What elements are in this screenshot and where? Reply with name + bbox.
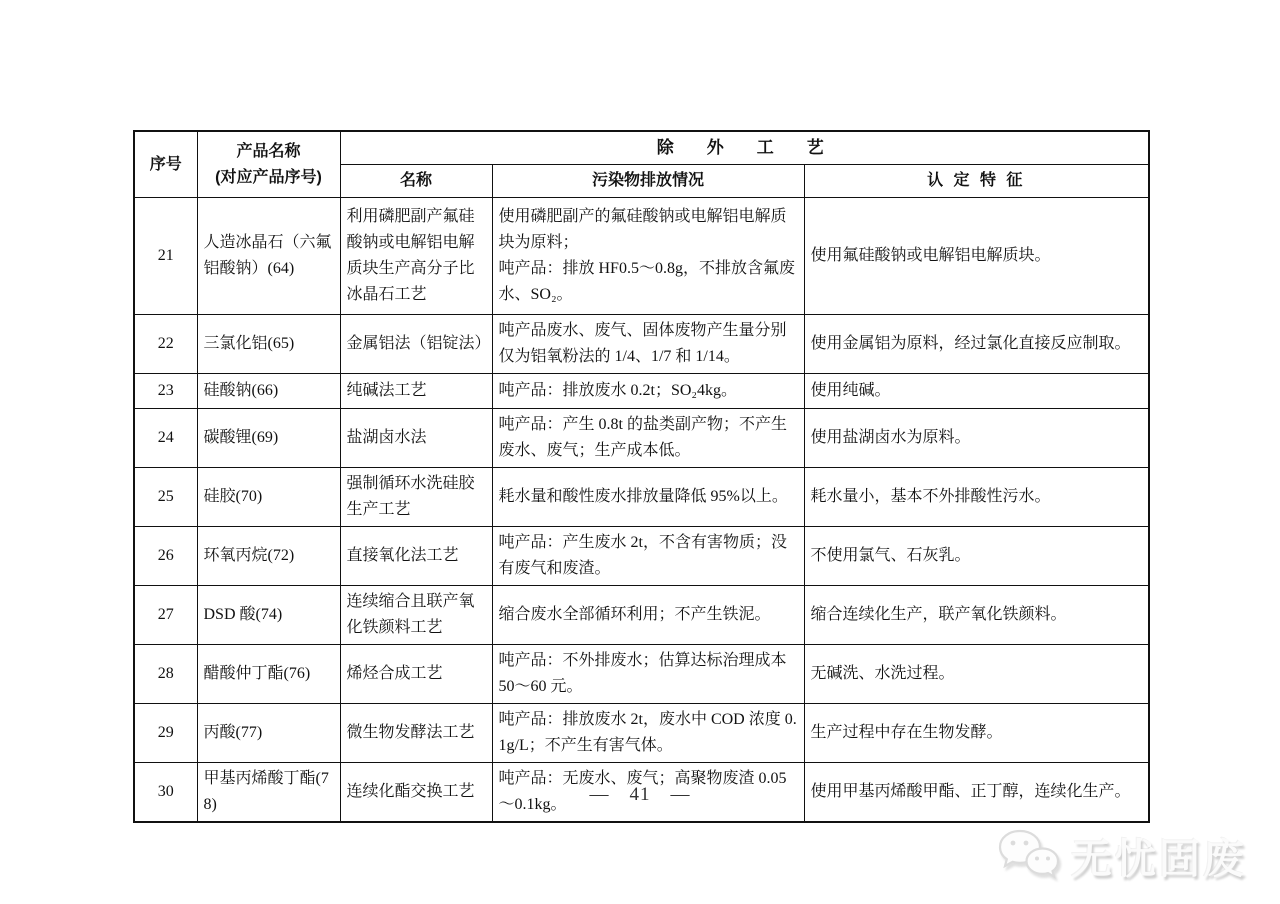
header-pollutant-emission: 污染物排放情况 xyxy=(492,165,804,198)
cell-identification-feature: 使用金属铝为原料，经过氯化直接反应制取。 xyxy=(804,315,1149,374)
cell-seq: 22 xyxy=(134,315,197,374)
cell-identification-feature: 耗水量小，基本不外排酸性污水。 xyxy=(804,468,1149,527)
page-number: — 41 — xyxy=(0,779,1280,806)
watermark-text: 无忧固废 xyxy=(1071,826,1247,885)
cell-identification-feature: 使用纯碱。 xyxy=(804,374,1149,409)
header-product-name: 产品名称 (对应产品序号) xyxy=(197,131,340,198)
cell-identification-feature: 不使用氯气、石灰乳。 xyxy=(804,527,1149,586)
cell-process-name: 连续缩合且联产氧化铁颜料工艺 xyxy=(340,586,492,645)
header-identification-feature: 认 定 特 征 xyxy=(804,165,1149,198)
table-row: 24 碳酸锂(69) 盐湖卤水法 吨产品：产生 0.8t 的盐类副产物；不产生废… xyxy=(134,409,1149,468)
table-row: 22 三氯化铝(65) 金属铝法（铝锭法） 吨产品废水、废气、固体废物产生量分别… xyxy=(134,315,1149,374)
cell-identification-feature: 无碱洗、水洗过程。 xyxy=(804,645,1149,704)
cell-seq: 26 xyxy=(134,527,197,586)
cell-process-name: 利用磷肥副产氟硅酸钠或电解铝电解质块生产高分子比冰晶石工艺 xyxy=(340,198,492,315)
table-body: 21 人造冰晶石（六氟铝酸钠）(64) 利用磷肥副产氟硅酸钠或电解铝电解质块生产… xyxy=(134,198,1149,823)
cell-pollutant-emission: 耗水量和酸性废水排放量降低 95%以上。 xyxy=(492,468,804,527)
cell-seq: 27 xyxy=(134,586,197,645)
cell-process-name: 微生物发酵法工艺 xyxy=(340,704,492,763)
table-row: 26 环氧丙烷(72) 直接氧化法工艺 吨产品：产生废水 2t，不含有害物质；没… xyxy=(134,527,1149,586)
cell-product-name: 人造冰晶石（六氟铝酸钠）(64) xyxy=(197,198,340,315)
table-row: 28 醋酸仲丁酯(76) 烯烃合成工艺 吨产品：不外排废水；估算达标治理成本 5… xyxy=(134,645,1149,704)
cell-seq: 23 xyxy=(134,374,197,409)
cell-seq: 28 xyxy=(134,645,197,704)
header-process-name: 名称 xyxy=(340,165,492,198)
table-header: 序号 产品名称 (对应产品序号) 除 外 工 艺 名称 污染物排放情况 认 定 … xyxy=(134,131,1149,198)
table-row: 21 人造冰晶石（六氟铝酸钠）(64) 利用磷肥副产氟硅酸钠或电解铝电解质块生产… xyxy=(134,198,1149,315)
exempted-process-table: 序号 产品名称 (对应产品序号) 除 外 工 艺 名称 污染物排放情况 认 定 … xyxy=(133,130,1150,823)
cell-seq: 24 xyxy=(134,409,197,468)
cell-pollutant-emission: 吨产品：产生废水 2t，不含有害物质；没有废气和废渣。 xyxy=(492,527,804,586)
cell-pollutant-emission: 吨产品废水、废气、固体废物产生量分别仅为铝氧粉法的 1/4、1/7 和 1/14… xyxy=(492,315,804,374)
cell-pollutant-emission: 吨产品：排放废水 2t，废水中 COD 浓度 0.1g/L；不产生有害气体。 xyxy=(492,704,804,763)
cell-seq: 25 xyxy=(134,468,197,527)
cell-pollutant-emission: 吨产品：排放废水 0.2t；SO₂4kg。 xyxy=(492,374,804,409)
watermark: 无忧固废 xyxy=(997,826,1247,885)
cell-pollutant-emission: 吨产品：产生 0.8t 的盐类副产物；不产生废水、废气；生产成本低。 xyxy=(492,409,804,468)
cell-pollutant-emission: 使用磷肥副产的氟硅酸钠或电解铝电解质块为原料； 吨产品：排放 HF0.5～0.8… xyxy=(492,198,804,315)
cell-identification-feature: 使用氟硅酸钠或电解铝电解质块。 xyxy=(804,198,1149,315)
cell-identification-feature: 生产过程中存在生物发酵。 xyxy=(804,704,1149,763)
cell-process-name: 盐湖卤水法 xyxy=(340,409,492,468)
header-seq: 序号 xyxy=(134,131,197,198)
cell-process-name: 金属铝法（铝锭法） xyxy=(340,315,492,374)
cell-identification-feature: 使用盐湖卤水为原料。 xyxy=(804,409,1149,468)
header-excluded-process-group: 除 外 工 艺 xyxy=(340,131,1149,165)
cell-pollutant-emission: 吨产品：不外排废水；估算达标治理成本 50～60 元。 xyxy=(492,645,804,704)
cell-seq: 21 xyxy=(134,198,197,315)
cell-product-name: 醋酸仲丁酯(76) xyxy=(197,645,340,704)
table-row: 27 DSD 酸(74) 连续缩合且联产氧化铁颜料工艺 缩合废水全部循环利用；不… xyxy=(134,586,1149,645)
table-row: 23 硅酸钠(66) 纯碱法工艺 吨产品：排放废水 0.2t；SO₂4kg。 使… xyxy=(134,374,1149,409)
cell-product-name: 碳酸锂(69) xyxy=(197,409,340,468)
table-row: 29 丙酸(77) 微生物发酵法工艺 吨产品：排放废水 2t，废水中 COD 浓… xyxy=(134,704,1149,763)
cell-pollutant-emission: 缩合废水全部循环利用；不产生铁泥。 xyxy=(492,586,804,645)
cell-product-name: 环氧丙烷(72) xyxy=(197,527,340,586)
cell-product-name: DSD 酸(74) xyxy=(197,586,340,645)
cell-process-name: 强制循环水洗硅胶生产工艺 xyxy=(340,468,492,527)
table-row: 25 硅胶(70) 强制循环水洗硅胶生产工艺 耗水量和酸性废水排放量降低 95%… xyxy=(134,468,1149,527)
cell-identification-feature: 缩合连续化生产，联产氧化铁颜料。 xyxy=(804,586,1149,645)
cell-product-name: 三氯化铝(65) xyxy=(197,315,340,374)
cell-process-name: 烯烃合成工艺 xyxy=(340,645,492,704)
cell-product-name: 丙酸(77) xyxy=(197,704,340,763)
wechat-icon xyxy=(997,828,1061,884)
cell-product-name: 硅胶(70) xyxy=(197,468,340,527)
cell-product-name: 硅酸钠(66) xyxy=(197,374,340,409)
cell-seq: 29 xyxy=(134,704,197,763)
cell-process-name: 纯碱法工艺 xyxy=(340,374,492,409)
cell-process-name: 直接氧化法工艺 xyxy=(340,527,492,586)
